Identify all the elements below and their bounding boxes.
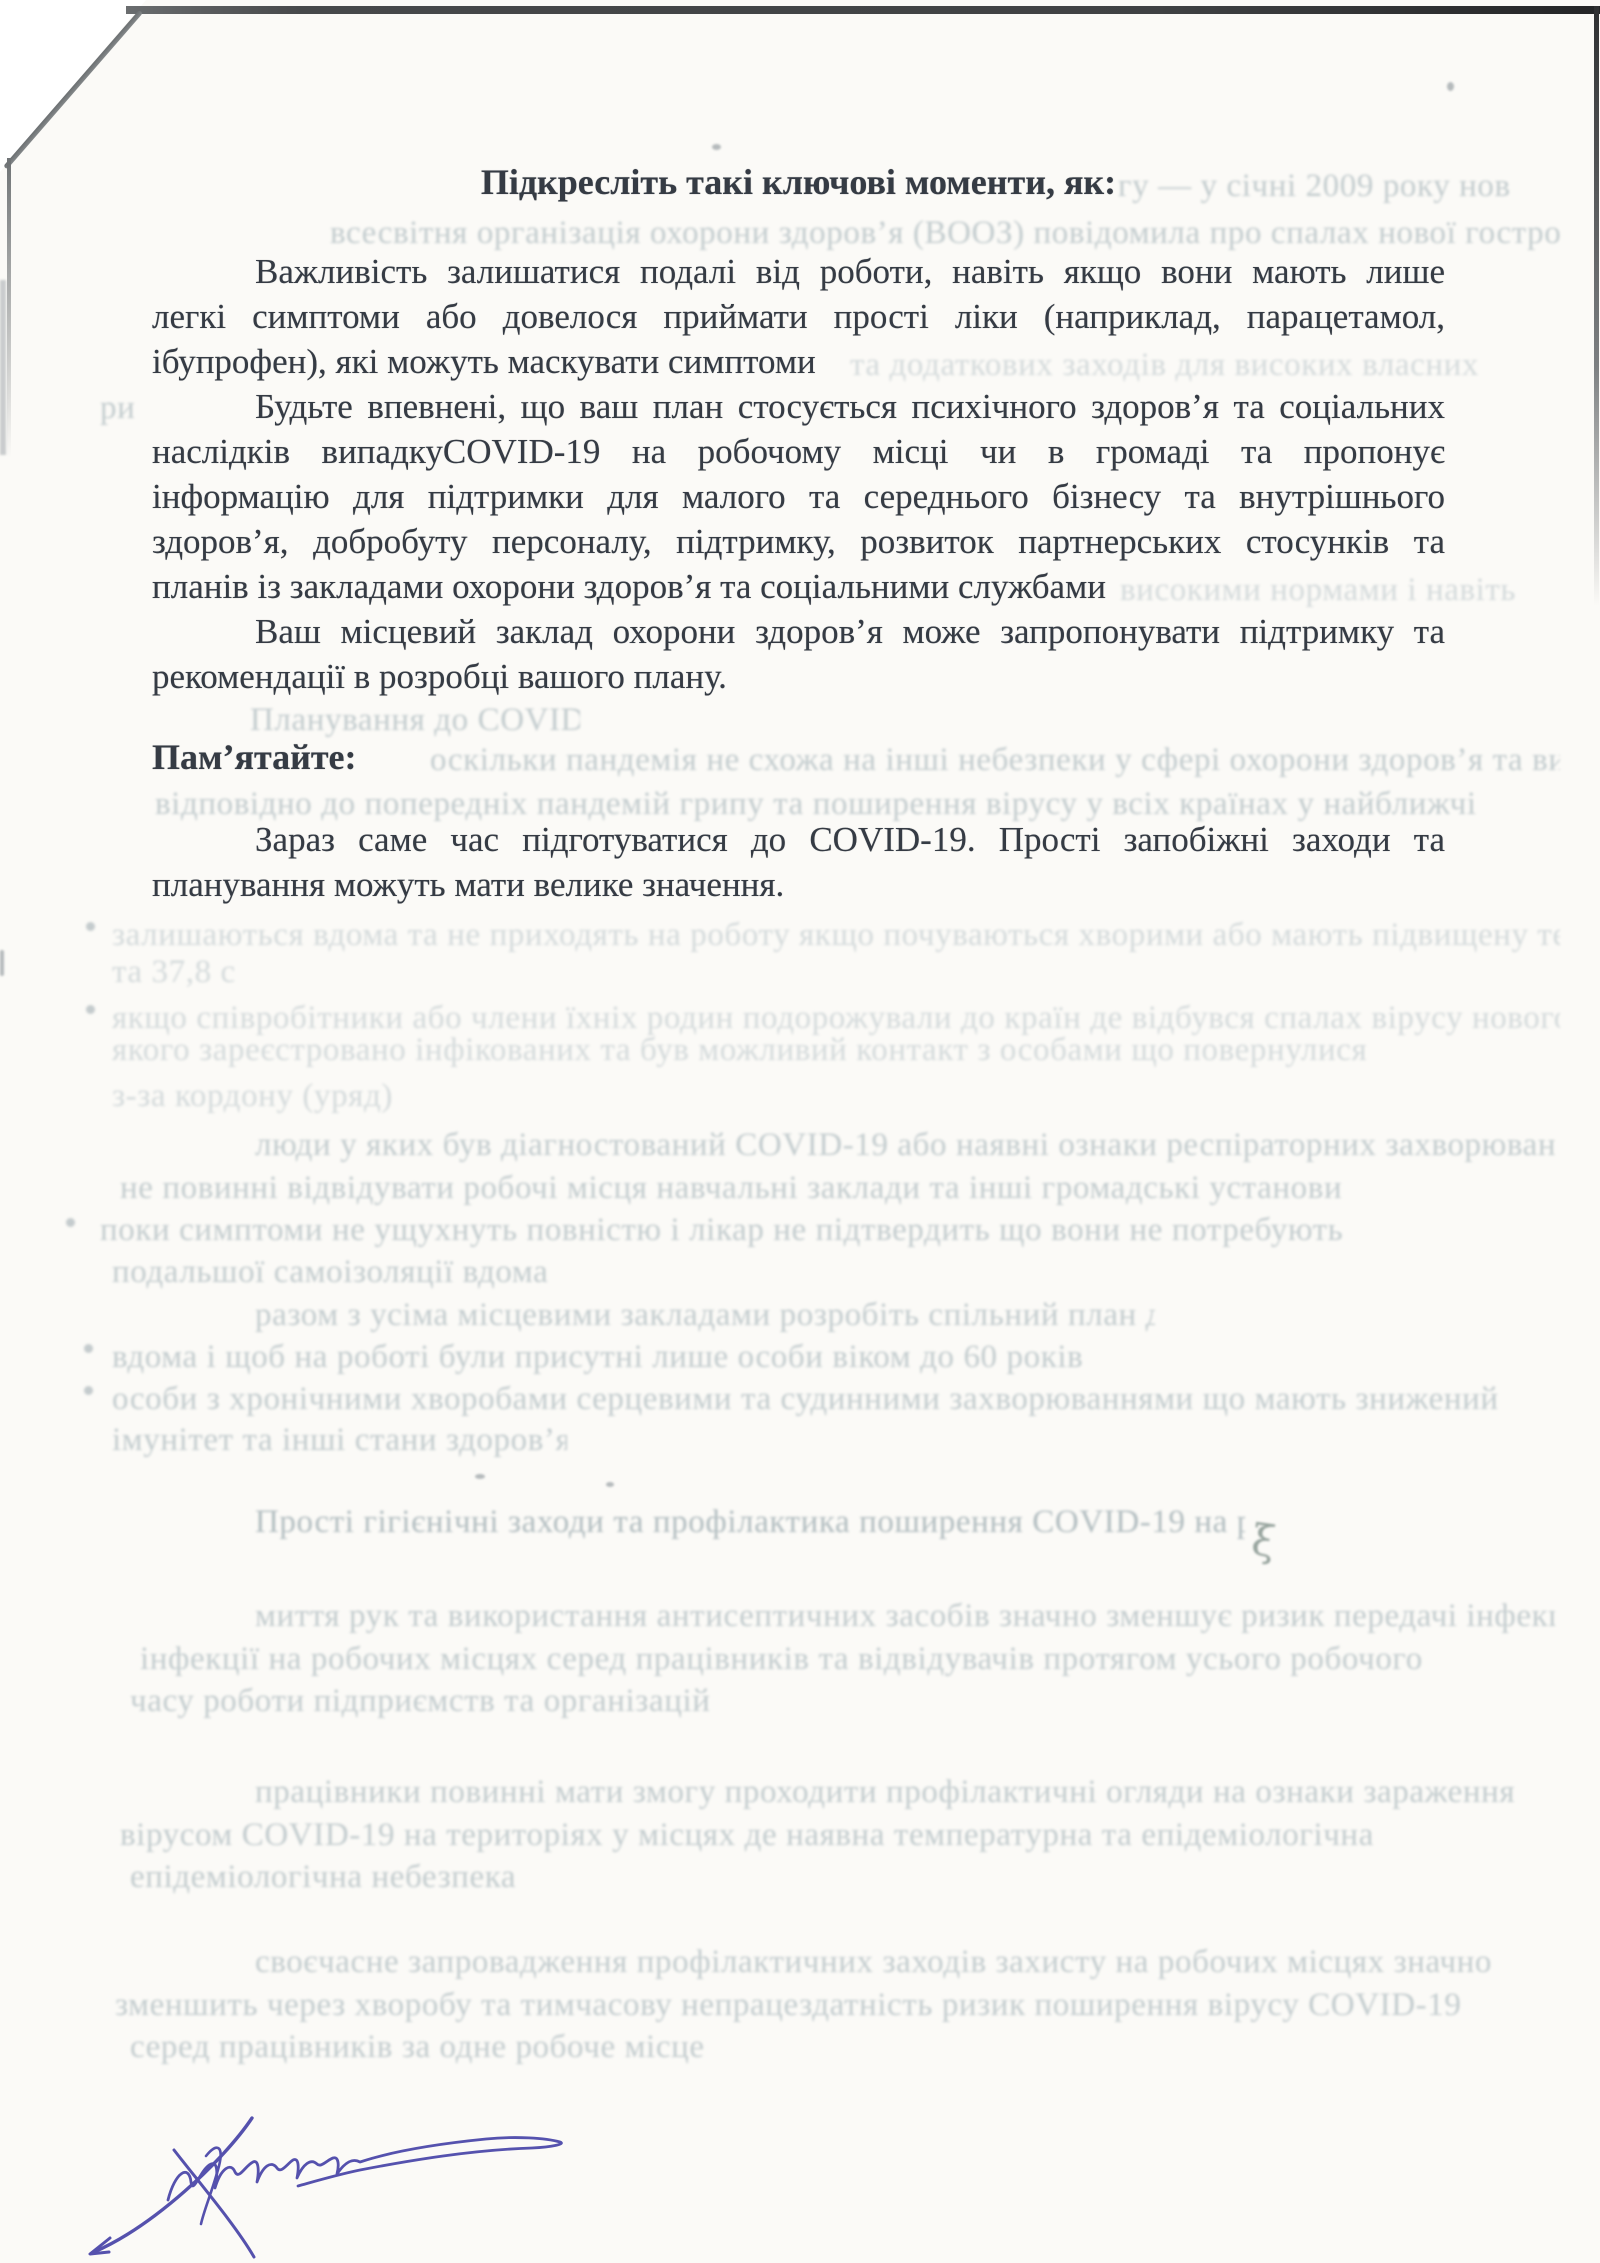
scanned-document-page: гу — у січні 2009 року новвсесвітня орга… xyxy=(0,0,1600,2263)
signature-strokes xyxy=(90,2118,561,2257)
printed-text-layer: Підкресліть такі ключові моменти, як: Ва… xyxy=(0,0,1600,2263)
body-line: Будьте впевнені, що ваш план стосується … xyxy=(152,385,1445,429)
body-line: планування можуть мати велике значення. xyxy=(152,863,1445,907)
document-title: Підкресліть такі ключові моменти, як: xyxy=(152,160,1445,204)
body-line: здоров’я, добробуту персоналу, підтримку… xyxy=(152,520,1445,564)
heading-remember: Пам’ятайте: xyxy=(152,735,357,779)
body-line: планів із закладами охорони здоров’я та … xyxy=(152,565,1445,609)
body-line: інформацію для підтримки для малого та с… xyxy=(152,475,1445,519)
body-line: наслідків випадкуCOVID-19 на робочому мі… xyxy=(152,430,1445,474)
body-line: ібупрофен), які можуть маскувати симптом… xyxy=(152,340,1445,384)
body-line: Важливість залишатися подалі від роботи,… xyxy=(152,250,1445,294)
body-line: рекомендації в розробці вашого плану. xyxy=(152,655,1445,699)
handwritten-signature xyxy=(54,2094,584,2263)
body-line: Ваш місцевий заклад охорони здоров’я мож… xyxy=(152,610,1445,654)
body-line: Зараз саме час підготуватися до COVID-19… xyxy=(152,818,1445,862)
body-line: легкі симптоми або довелося приймати про… xyxy=(152,295,1445,339)
